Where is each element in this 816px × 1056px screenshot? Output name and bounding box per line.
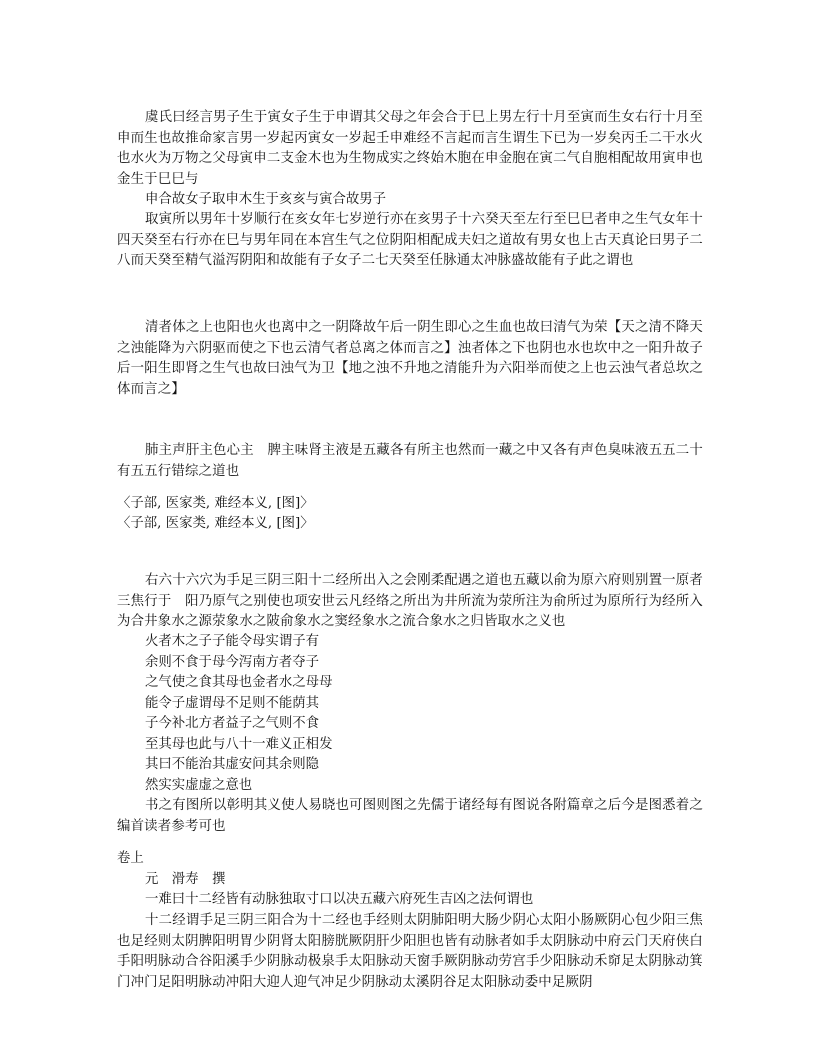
paragraph-qu-yin: 取寅所以男年十岁顺行在亥女年七岁逆行亦在亥男子十六癸天至左行至巳巳者申之生气女年… [117,210,703,272]
verse-line: 至其母也此与八十一难义正相发 [145,735,332,756]
paragraph-line: 申合故女子取申木生于亥亥与寅合故男子 [145,190,386,211]
verse-line: 然实实虚虚之意也 [145,776,252,797]
verse-line: 火者木之子子能令母实谓子有 [145,632,319,653]
paragraph-shi-er-jing: 十二经谓手足三阴三阳合为十二经也手经则太阴肺阳明大肠少阴心太阳小肠厥阴心包少阳三… [117,911,703,993]
verse-line: 能令子虚谓母不足则不能荫其 [145,694,319,715]
paragraph-shu-zhi: 书之有图所以彰明其义使人易晓也可图则图之先儒于诸经每有图说各附篇章之后今是图悉着… [117,796,703,837]
verse-line: 余则不食于母今泻南方者夺子 [145,653,319,674]
figure-reference: 〈子部, 医家类, 难经本义, [图]〉 [117,514,314,535]
question-line: 一难曰十二经皆有动脉独取寸口以决五藏六府死生吉凶之法何谓也 [145,890,533,911]
paragraph-yu-shi: 虞氏曰经言男子生于寅女子生于申谓其父母之年会合于巳上男左行十月至寅而生女右行十月… [117,108,703,190]
paragraph-fei-zhu: 肺主声肝主色心主 脾主味肾主液是五藏各有所主也然而一藏之中又各有声色臭味液五五二… [117,441,703,482]
volume-heading: 卷上 [117,849,144,870]
verse-line: 子今补北方者益子之气则不食 [145,714,319,735]
verse-line: 其曰不能治其虚安问其余则隐 [145,755,319,776]
paragraph-you-liu-shi: 右六十六穴为手足三阴三阳十二经所出入之会刚柔配遇之道也五藏以俞为原六府则别置一原… [117,571,703,633]
paragraph-qing-zhe: 清者体之上也阳也火也离中之一阴降故午后一阴生即心之生血也故曰清气为荣【天之清不降… [117,318,703,400]
author-line: 元 滑寿 撰 [145,870,225,891]
verse-line: 之气使之食其母也金者水之母母 [145,673,332,694]
figure-reference: 〈子部, 医家类, 难经本义, [图]〉 [117,494,314,515]
